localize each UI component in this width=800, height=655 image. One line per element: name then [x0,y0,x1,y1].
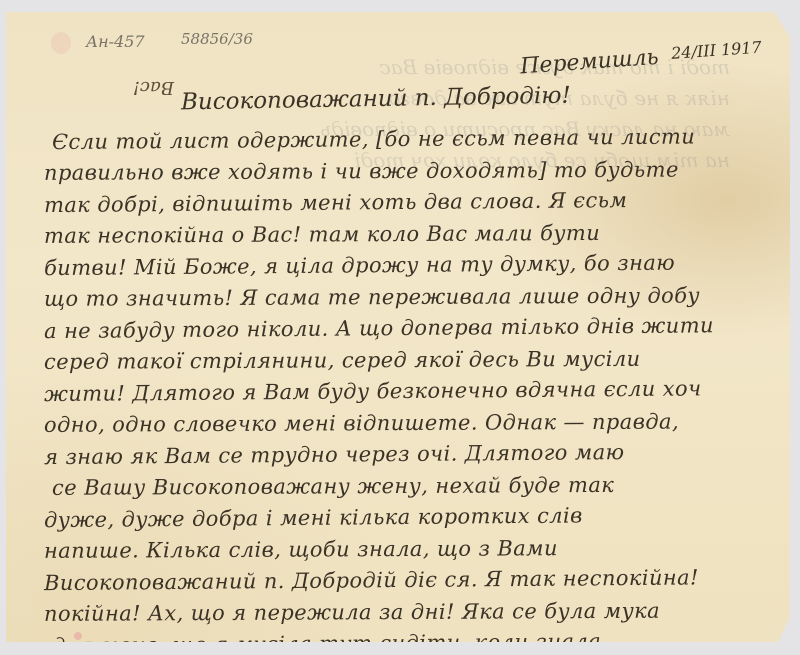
date: 24/III 1917 [671,38,763,63]
letter-line: я знаю як Вам се трудно через очі. Длято… [44,436,764,474]
letter-line: Єсли той лист одержите, [бо не єсьм певн… [44,121,764,159]
place-date-header: Перемишль 24/III 1917 [519,38,762,80]
letter-line: одно, одно словечко мені відпишете. Одна… [44,406,764,441]
letter-line: битви! Мій Боже, я ціла дрожу на ту думк… [44,247,764,285]
letter-line: для мене, що я мусіла тут сидіти, коли з… [44,625,764,655]
margin-note: Вас! [133,77,174,98]
letter-line: так добрі, відпишіть мені хоть два слова… [44,184,764,222]
place: Перемишль [519,45,659,80]
archive-inventory-number: 58856/36 [181,30,253,48]
letter-body: Єсли той лист одержите, [бо не єсьм певн… [44,124,764,655]
letter-line: серед такої стрілянини, серед якої десь … [44,343,764,378]
scanned-document: тоді і то так дуже відповів Вас ніяк я н… [0,0,800,655]
letter-paper: тоді і то так дуже відповів Вас ніяк я н… [6,12,790,642]
stain-mark [51,32,71,54]
archive-code: Ан-457 [86,32,145,51]
letter-line: а не забуду того ніколи. А що доперва ті… [44,310,764,348]
letter-line: Високоповажаний п. Добродій діє ся. Я та… [44,562,764,600]
letter-line: правильно вже ходять і чи вже доходять] … [44,154,764,189]
letter-line: се Вашу Високоповажану жену, нехай буде … [44,469,764,504]
letter-line: дуже, дуже добра і мені кілька коротких … [44,499,764,537]
letter-line: напише. Кілька слів, щоби знала, що з Ва… [44,532,764,567]
letter-line: жити! Длятого я Вам буду безконечно вдяч… [44,373,764,411]
letter-line: так неспокійна о Вас! там коло Вас мали … [44,217,764,252]
letter-line: що то значить! Я сама те переживала лише… [44,280,764,315]
salutation: Високоповажаний п. Добродію! [181,83,571,116]
letter-line: покійна! Ах, що я пережила за дні! Яка с… [44,595,764,630]
